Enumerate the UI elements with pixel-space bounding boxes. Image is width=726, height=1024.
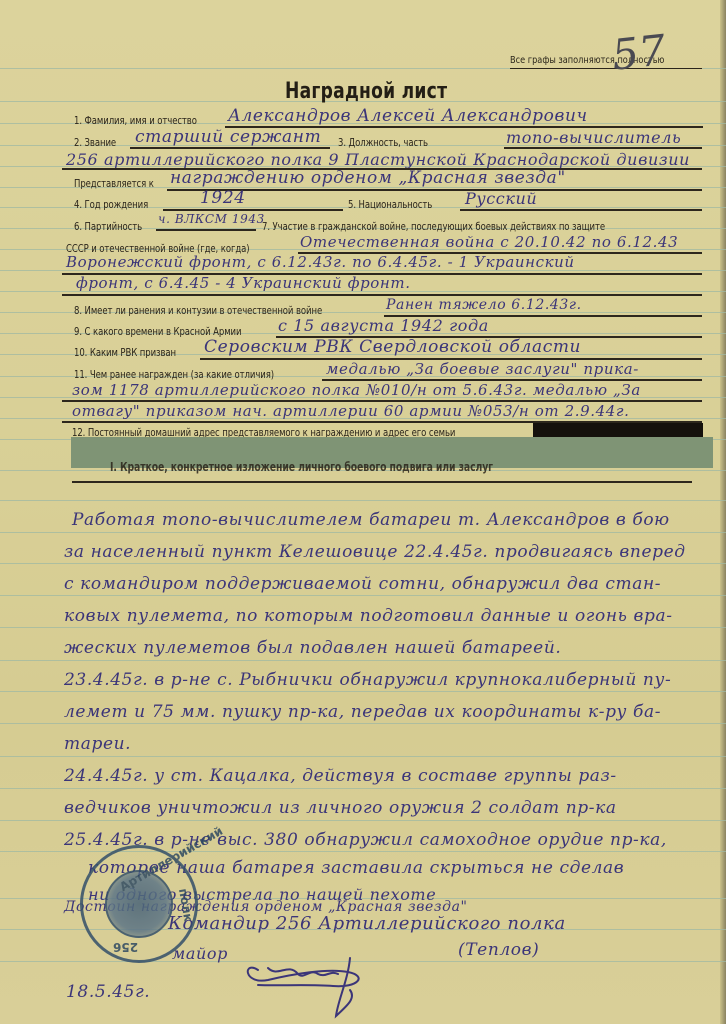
paper-edge <box>720 0 726 1024</box>
sheet-number: 57 <box>610 25 668 79</box>
field-5-underline <box>460 209 702 211</box>
field-11-value-1: медалью „За боевые заслуги" прика- <box>326 360 639 378</box>
stamp-text-side: полк <box>176 887 196 922</box>
stamp-number: 256 <box>113 940 138 954</box>
narrative-line: ковых пулемета, по которым подготовил да… <box>64 606 673 626</box>
narrative-line: тареи. <box>64 734 131 754</box>
commander-title: Командир 256 Артиллерийского полка <box>168 913 566 934</box>
narrative-line: Работая топо-вычислителем батареи т. Але… <box>72 510 670 530</box>
presented-value: награждению орденом „Красная звезда" <box>170 168 566 188</box>
commander-rank: майор <box>172 944 228 963</box>
field-9-value: с 15 августа 1942 года <box>278 316 489 335</box>
field-3-label: 3. Должность, часть <box>338 136 428 149</box>
field-10-value: Серовским РВК Свердловской области <box>204 337 581 357</box>
field-8-value: Ранен тяжело 6.12.43г. <box>386 297 582 313</box>
field-3-underline <box>504 147 702 149</box>
corner-note-underline <box>510 68 702 69</box>
field-4-underline <box>163 209 343 211</box>
field-4-value: 1924 <box>200 188 246 208</box>
field-11-label: 11. Чем ранее награжден (за какие отличи… <box>74 368 274 381</box>
field-11-value-3: отвагу" приказом нач. артиллерии 60 арми… <box>72 402 629 420</box>
narrative-line: за населенный пункт Келешовице 22.4.45г.… <box>64 542 686 562</box>
document-title: Наградной лист <box>285 79 447 104</box>
narrative-line: жеских пулеметов был подавлен нашей бата… <box>64 638 561 658</box>
field-2-underline <box>130 147 330 149</box>
field-7-value-2: Воронежский фронт, с 6.12.43г. по 6.4.45… <box>66 253 575 271</box>
field-7-label: 7. Участие в гражданской войне, последую… <box>262 220 605 233</box>
field-5-value: Русский <box>465 189 537 208</box>
presented-underline <box>167 189 702 191</box>
signing-date: 18.5.45г. <box>66 982 150 1002</box>
presented-label: Представляется к <box>74 177 154 190</box>
field-11-value-2: зом 1178 артиллерийского полка №010/н от… <box>72 381 641 399</box>
narrative-line: ведчиков уничтожил из личного оружия 2 с… <box>64 798 617 818</box>
field-5-label: 5. Национальность <box>348 198 432 211</box>
field-6-label: 6. Партийность <box>74 220 142 233</box>
section-heading: I. Краткое, конкретное изложение личного… <box>110 460 493 474</box>
narrative-line: 24.4.45г. у ст. Кацалка, действуя в сост… <box>64 766 617 786</box>
field-3-value: топо-вычислитель <box>506 128 681 147</box>
narrative-line: лемет и 75 мм. пушку пр-ка, передав их к… <box>64 702 661 722</box>
field-7-underline-3 <box>62 294 702 296</box>
section-heading-underline <box>72 481 692 483</box>
commander-name: (Теплов) <box>458 940 539 960</box>
field-2-label: 2. Звание <box>74 136 116 149</box>
field-7-value-1: Отечественная война с 20.10.42 по 6.12.4… <box>300 233 678 251</box>
field-1-value: Александров Алексей Александрович <box>228 106 588 126</box>
field-6-value: ч. ВЛКСМ 1943 <box>158 212 265 226</box>
commander-signature <box>238 950 388 1020</box>
narrative-line: 23.4.45г. в р-не с. Рыбнички обнаружил к… <box>64 670 671 690</box>
field-4-label: 4. Год рождения <box>74 198 148 211</box>
narrative-line: с командиром поддерживаемой сотни, обнар… <box>64 574 661 594</box>
regiment-stamp: Артиллерийский полк 256 <box>80 845 198 963</box>
field-3-value-cont: 256 артиллерийского полка 9 Пластунской … <box>66 150 690 169</box>
award-sheet-page: Все графы заполняются полностью 57 Награ… <box>0 0 726 1024</box>
field-1-label: 1. Фамилия, имя и отчество <box>74 114 197 127</box>
field-6-underline <box>156 229 256 231</box>
field-7-value-3: фронт, с 6.4.45 - 4 Украинский фронт. <box>76 274 411 292</box>
field-2-value: старший сержант <box>135 127 321 147</box>
field-10-label: 10. Каким РВК призван <box>74 346 176 359</box>
